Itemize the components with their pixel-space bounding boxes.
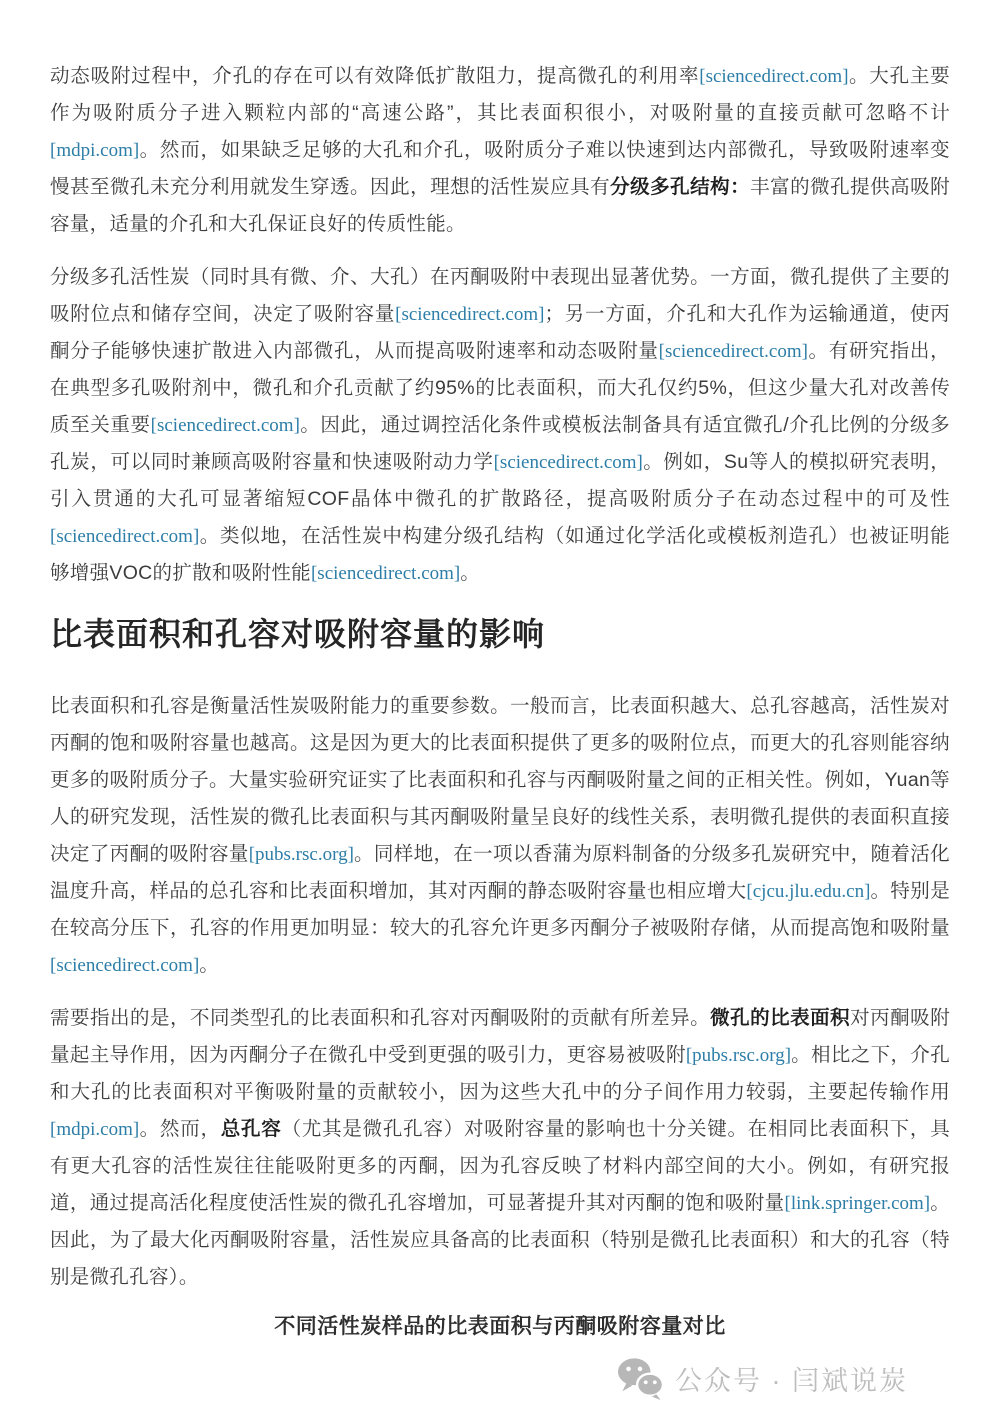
text-run: 比表面积和孔容是衡量活性炭吸附能力的重要参数。一般而言，比表面积越大、总孔容越高… [50, 695, 950, 865]
text-run: 。 [199, 954, 219, 976]
table-caption: 不同活性炭样品的比表面积与丙酮吸附容量对比 [50, 1312, 950, 1342]
reference-link[interactable]: [cjcu.jlu.edu.cn] [746, 881, 870, 902]
text-run: 。 [460, 562, 480, 584]
text-run: 。然而， [139, 1118, 221, 1140]
text-run: 需要指出的是，不同类型孔的比表面积和孔容对丙酮吸附的贡献有所差异。 [50, 1007, 710, 1029]
watermark: 公众号 · 闫斌说炭 [50, 1354, 950, 1402]
paragraph-dynamic-adsorption: 动态吸附过程中，介孔的存在可以有效降低扩散阻力，提高微孔的利用率[science… [50, 58, 950, 243]
reference-link[interactable]: [pubs.rsc.org] [686, 1045, 791, 1066]
reference-link[interactable]: [mdpi.com] [50, 1119, 139, 1140]
bold-emphasis: 微孔的比表面积 [710, 1007, 850, 1029]
reference-link[interactable]: [sciencedirect.com] [50, 526, 199, 547]
reference-link[interactable]: [sciencedirect.com] [494, 452, 643, 473]
section-heading: 比表面积和孔容对吸附容量的影响 [50, 612, 950, 656]
reference-link[interactable]: [sciencedirect.com] [699, 66, 848, 87]
reference-link[interactable]: [pubs.rsc.org] [249, 844, 354, 865]
reference-link[interactable]: [sciencedirect.com] [151, 415, 300, 436]
paragraph-hierarchical-porous: 分级多孔活性炭（同时具有微、介、大孔）在丙酮吸附中表现出显著优势。一方面，微孔提… [50, 259, 950, 592]
text-run: 动态吸附过程中，介孔的存在可以有效降低扩散阻力，提高微孔的利用率 [50, 65, 699, 87]
reference-link[interactable]: [link.springer.com] [785, 1193, 931, 1214]
bold-emphasis: 分级多孔结构： [610, 176, 750, 198]
watermark-label: 公众号 · 闫斌说炭 [675, 1359, 908, 1398]
reference-link[interactable]: [sciencedirect.com] [50, 955, 199, 976]
reference-link[interactable]: [sciencedirect.com] [311, 563, 460, 584]
article-page: 动态吸附过程中，介孔的存在可以有效降低扩散阻力，提高微孔的利用率[science… [0, 0, 1000, 1415]
reference-link[interactable]: [sciencedirect.com] [395, 304, 544, 325]
wechat-icon [617, 1356, 663, 1400]
bold-emphasis: 总孔容 [221, 1118, 282, 1140]
reference-link[interactable]: [mdpi.com] [50, 140, 139, 161]
reference-link[interactable]: [sciencedirect.com] [659, 341, 808, 362]
paragraph-surface-area-pore-volume: 比表面积和孔容是衡量活性炭吸附能力的重要参数。一般而言，比表面积越大、总孔容越高… [50, 688, 950, 984]
paragraph-pore-type-contribution: 需要指出的是，不同类型孔的比表面积和孔容对丙酮吸附的贡献有所差异。微孔的比表面积… [50, 1000, 950, 1296]
